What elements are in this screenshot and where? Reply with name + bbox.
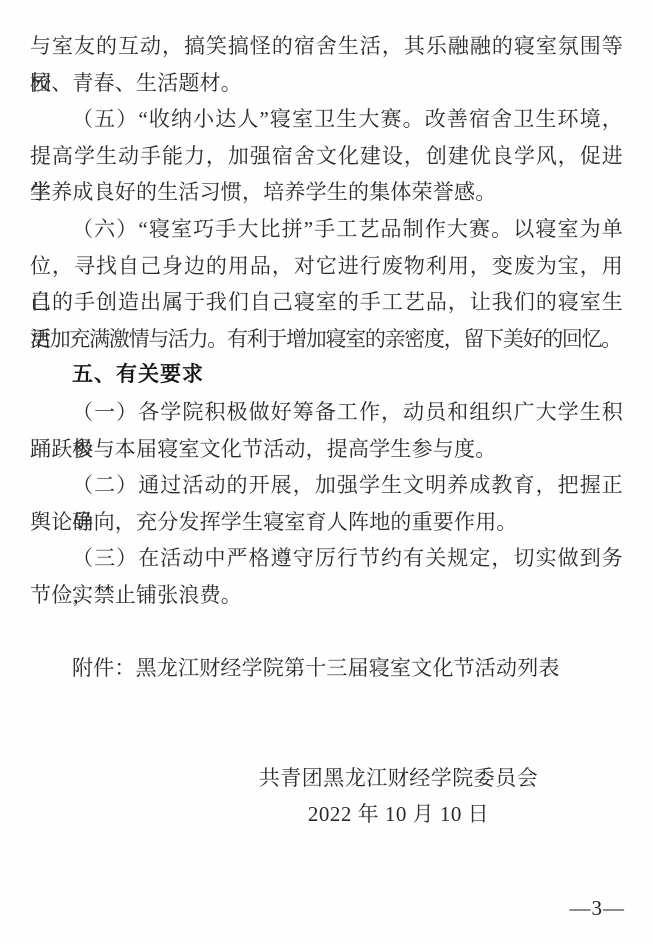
text-line: 位，寻找自己身边的用品，对它进行废物利用，变废为宝，用自 bbox=[30, 248, 623, 285]
blank-line bbox=[30, 614, 623, 651]
text-line: 踊跃参与本届寝室文化节活动，提高学生参与度。 bbox=[30, 431, 623, 468]
text-line: 更加充满激情与活力。有利于增加寝室的亲密度，留下美好的回忆。 bbox=[30, 321, 623, 358]
attachment-line: 附件：黑龙江财经学院第十三届寝室文化节活动列表 bbox=[30, 650, 623, 687]
text-line: （一）各学院积极做好筹备工作，动员和组织广大学生积极 bbox=[30, 394, 623, 431]
text-line: 生养成良好的生活习惯，培养学生的集体荣誉感。 bbox=[30, 174, 623, 211]
blank-line bbox=[30, 687, 623, 724]
document-page: 与室友的互动，搞笑搞怪的宿舍生活，其乐融融的寝室氛围等校园、青春、生活题材。（五… bbox=[0, 0, 653, 944]
text-line: （五）“收纳小达人”寝室卫生大赛。改善宿舍卫生环境， bbox=[30, 101, 623, 138]
section-heading: 五、有关要求 bbox=[30, 357, 623, 394]
text-line: （三）在活动中严格遵守厉行节约有关规定，切实做到务实 bbox=[30, 540, 623, 577]
page-number: —3— bbox=[570, 896, 626, 920]
issuer-signature: 共青团黑龙江财经学院委员会 bbox=[102, 760, 653, 797]
text-line: 舆论导向，充分发挥学生寝室育人阵地的重要作用。 bbox=[30, 504, 623, 541]
text-line: 己的手创造出属于我们自己寝室的手工艺品，让我们的寝室生活 bbox=[30, 284, 623, 321]
blank-line bbox=[30, 723, 623, 760]
text-line: （六）“寝室巧手大比拼”手工艺品制作大赛。以寝室为单 bbox=[30, 211, 623, 248]
text-line: 与室友的互动，搞笑搞怪的宿舍生活，其乐融融的寝室氛围等校 bbox=[30, 28, 623, 65]
text-line: （二）通过活动的开展，加强学生文明养成教育，把握正确 bbox=[30, 467, 623, 504]
issue-date: 2022 年 10 月 10 日 bbox=[102, 796, 653, 833]
text-line: 提高学生动手能力，加强宿舍文化建设，创建优良学风，促进学 bbox=[30, 138, 623, 175]
text-line: 节俭，禁止铺张浪费。 bbox=[30, 577, 623, 614]
text-line: 园、青春、生活题材。 bbox=[30, 65, 623, 102]
document-body: 与室友的互动，搞笑搞怪的宿舍生活，其乐融融的寝室氛围等校园、青春、生活题材。（五… bbox=[30, 28, 623, 833]
